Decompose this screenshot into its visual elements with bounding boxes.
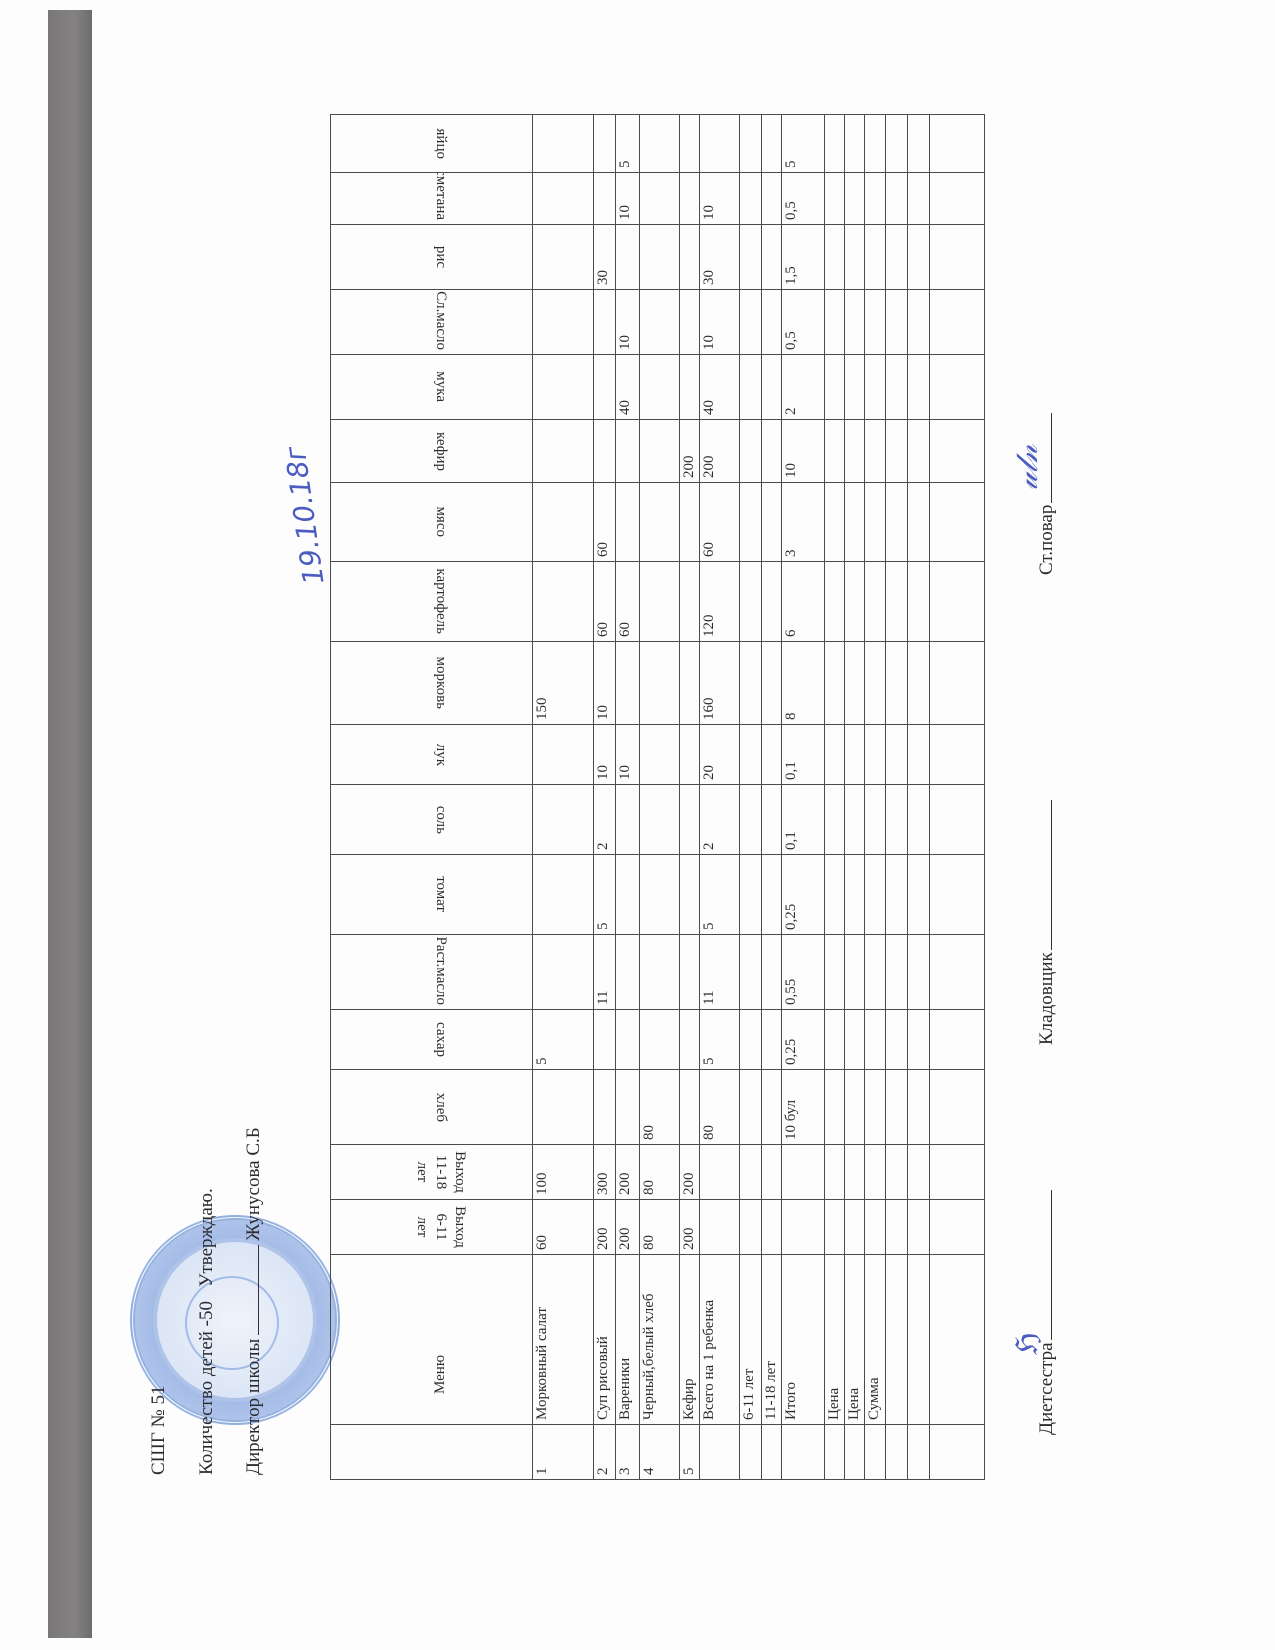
cell-value: [680, 483, 700, 562]
cell-value: [865, 785, 886, 855]
cell-value: 6: [782, 562, 825, 642]
cell-value: 200: [680, 420, 700, 483]
header-label: сметана: [431, 173, 450, 221]
cell-value: [762, 855, 782, 935]
cell-value: [680, 785, 700, 855]
cell-value: [533, 115, 594, 173]
director-label: Директор школы: [243, 1339, 264, 1475]
cell-value: [845, 562, 865, 642]
cell-value: [616, 855, 640, 935]
header-column: Раст.масло: [331, 935, 533, 1010]
cell-value: 80: [640, 1145, 680, 1200]
table-row: Цена: [825, 115, 845, 1480]
cell-value: [740, 855, 762, 935]
cell-value: 40: [700, 355, 740, 420]
cell-value: [782, 1145, 825, 1200]
cell-value: [740, 725, 762, 785]
table-row: [886, 115, 908, 1480]
cell-value: [762, 935, 782, 1010]
cell-value: [908, 115, 930, 173]
cell-value: 5: [594, 855, 616, 935]
cell-value: [762, 1010, 782, 1070]
dish-name: Всего на 1 ребенка: [700, 1255, 740, 1425]
cell-value: [740, 225, 762, 290]
cell-value: [930, 785, 985, 855]
row-number: [825, 1425, 845, 1480]
row-number: 4: [640, 1425, 680, 1480]
cell-value: [740, 1145, 762, 1200]
cell-value: [740, 935, 762, 1010]
cell-value: 0,1: [782, 785, 825, 855]
cell-value: [762, 483, 782, 562]
cell-value: [680, 115, 700, 173]
cell-value: 60: [700, 483, 740, 562]
cell-value: [700, 1145, 740, 1200]
cell-value: 10 бул: [782, 1070, 825, 1145]
cell-value: [865, 1070, 886, 1145]
row-number: 5: [680, 1425, 700, 1480]
row-number: [908, 1425, 930, 1480]
dish-name: [886, 1255, 908, 1425]
header-label: Меню: [432, 1355, 448, 1394]
table-row: Всего на 1 ребенка8051152201601206020040…: [700, 115, 740, 1480]
cell-value: 40: [616, 355, 640, 420]
cell-value: [865, 562, 886, 642]
cell-value: [533, 725, 594, 785]
cell-value: [845, 420, 865, 483]
header-column: морковь: [331, 642, 533, 725]
cell-value: [886, 173, 908, 225]
table-row: Цена: [845, 115, 865, 1480]
header-column: сметана: [331, 173, 533, 225]
header-label: картофель: [431, 569, 450, 635]
cell-value: [533, 355, 594, 420]
cell-value: [616, 483, 640, 562]
head-cook-signature: Ст.повар: [1035, 413, 1058, 575]
cell-value: [762, 173, 782, 225]
cell-value: [845, 1010, 865, 1070]
cell-value: [762, 290, 782, 355]
cell-value: 2: [782, 355, 825, 420]
cell-value: [740, 1070, 762, 1145]
cell-value: [930, 173, 985, 225]
cell-value: 0,55: [782, 935, 825, 1010]
cell-value: 20: [700, 725, 740, 785]
cell-value: [594, 420, 616, 483]
cell-value: [680, 562, 700, 642]
cell-value: 300: [594, 1145, 616, 1200]
cell-value: [825, 290, 845, 355]
header-number: [331, 1425, 533, 1480]
cell-value: [762, 1200, 782, 1255]
cell-value: [782, 1200, 825, 1255]
cell-value: [740, 1200, 762, 1255]
cell-value: [640, 173, 680, 225]
cell-value: 200: [680, 1145, 700, 1200]
table-row: [930, 115, 985, 1480]
dietitian-label: Диетсестра: [1036, 1342, 1057, 1435]
cell-value: 80: [640, 1200, 680, 1255]
cell-value: [594, 355, 616, 420]
header-label: рис: [431, 246, 450, 268]
cell-value: 200: [616, 1200, 640, 1255]
header-column: яйцо: [331, 115, 533, 173]
dish-name: Морковный салат: [533, 1255, 594, 1425]
cell-value: 10: [616, 290, 640, 355]
cell-value: [886, 290, 908, 355]
header-label: хлеб: [431, 1092, 450, 1121]
cell-value: [640, 642, 680, 725]
cell-value: 10: [782, 420, 825, 483]
cell-value: [825, 1070, 845, 1145]
cell-value: [616, 1010, 640, 1070]
header-label: яйцо: [431, 128, 450, 158]
cell-value: [908, 1145, 930, 1200]
cell-value: [825, 855, 845, 935]
cell-value: [680, 1010, 700, 1070]
storekeeper-signature-line: [1035, 800, 1052, 950]
cell-value: [825, 785, 845, 855]
header-column: мясо: [331, 483, 533, 562]
cell-value: [886, 725, 908, 785]
row-number: [700, 1425, 740, 1480]
cell-value: [680, 725, 700, 785]
cell-value: [616, 1070, 640, 1145]
cell-value: [640, 785, 680, 855]
cell-value: [930, 290, 985, 355]
cell-value: [908, 173, 930, 225]
cell-value: [865, 225, 886, 290]
cell-value: [740, 420, 762, 483]
cell-value: [886, 1145, 908, 1200]
cell-value: [908, 725, 930, 785]
table-row: 3Вареники20020010604010105: [616, 115, 640, 1480]
cell-value: [865, 1145, 886, 1200]
cell-value: 5: [700, 855, 740, 935]
table-row: 2Суп рисовый20030011521010606030: [594, 115, 616, 1480]
cell-value: [680, 290, 700, 355]
cell-value: 10: [700, 173, 740, 225]
cell-value: [762, 1070, 782, 1145]
cell-value: [886, 225, 908, 290]
cell-value: [886, 115, 908, 173]
cell-value: 0,25: [782, 1010, 825, 1070]
table-row: Сумма: [865, 115, 886, 1480]
header-row: МенюВыход 6-11 летВыход 11-18 летхлебсах…: [331, 115, 533, 1480]
dietitian-handwritten-signature: ℌ: [1010, 1332, 1045, 1355]
cell-value: 200: [594, 1200, 616, 1255]
cell-value: [533, 290, 594, 355]
cell-value: [886, 1070, 908, 1145]
header-label: кефир: [431, 432, 450, 471]
cell-value: [616, 785, 640, 855]
cell-value: [640, 562, 680, 642]
cell-value: 5: [700, 1010, 740, 1070]
cell-value: [930, 855, 985, 935]
cell-value: [930, 935, 985, 1010]
row-number: 2: [594, 1425, 616, 1480]
header-label: томат: [431, 877, 450, 913]
cell-value: [930, 1145, 985, 1200]
cell-value: 200: [700, 420, 740, 483]
head-cook-label: Ст.повар: [1036, 505, 1057, 575]
cell-value: [594, 290, 616, 355]
cell-value: 0,25: [782, 855, 825, 935]
cell-value: 5: [533, 1010, 594, 1070]
header-column: кефир: [331, 420, 533, 483]
cell-value: 200: [680, 1200, 700, 1255]
cell-value: [845, 1200, 865, 1255]
cell-value: 5: [616, 115, 640, 173]
cell-value: 0,1: [782, 725, 825, 785]
cell-value: [908, 420, 930, 483]
dish-name: [908, 1255, 930, 1425]
cell-value: [762, 355, 782, 420]
scan-edge-strip: [48, 10, 92, 1638]
cell-value: [845, 355, 865, 420]
cell-value: [908, 642, 930, 725]
dish-name: Кефир: [680, 1255, 700, 1425]
table-row: 4Черный,белый хлеб808080: [640, 115, 680, 1480]
cell-value: [740, 115, 762, 173]
cell-value: [825, 1010, 845, 1070]
cell-value: [908, 1200, 930, 1255]
header-column: хлеб: [331, 1070, 533, 1145]
cell-value: [865, 1200, 886, 1255]
cell-value: [680, 855, 700, 935]
row-number: [845, 1425, 865, 1480]
cell-value: [908, 1010, 930, 1070]
cell-value: [886, 935, 908, 1010]
cell-value: [680, 355, 700, 420]
header-column: Сл.масло: [331, 290, 533, 355]
cell-value: [700, 115, 740, 173]
cell-value: [908, 1070, 930, 1145]
cell-value: [616, 642, 640, 725]
cell-value: [845, 1070, 865, 1145]
row-number: [762, 1425, 782, 1480]
table-row: [908, 115, 930, 1480]
cell-value: [533, 483, 594, 562]
cell-value: 2: [700, 785, 740, 855]
cell-value: [908, 855, 930, 935]
cell-value: 0,5: [782, 173, 825, 225]
cell-value: [680, 1070, 700, 1145]
cell-value: [640, 355, 680, 420]
cell-value: [930, 355, 985, 420]
cell-value: [533, 420, 594, 483]
cell-value: [616, 225, 640, 290]
cell-value: [640, 483, 680, 562]
cell-value: [640, 855, 680, 935]
dish-name: [930, 1255, 985, 1425]
cell-value: 11: [700, 935, 740, 1010]
table-row: 6-11 лет: [740, 115, 762, 1480]
cell-value: 120: [700, 562, 740, 642]
cell-value: [640, 225, 680, 290]
cell-value: [930, 483, 985, 562]
dish-name: Цена: [845, 1255, 865, 1425]
cell-value: [533, 935, 594, 1010]
cell-value: [640, 115, 680, 173]
director-name: Жунусова С.Б: [243, 1127, 264, 1240]
cell-value: 10: [616, 725, 640, 785]
cell-value: [908, 562, 930, 642]
cell-value: 100: [533, 1145, 594, 1200]
cell-value: [886, 562, 908, 642]
cell-value: 10: [594, 642, 616, 725]
cell-value: [865, 1010, 886, 1070]
dish-name: Сумма: [865, 1255, 886, 1425]
cell-value: [740, 642, 762, 725]
cell-value: [845, 855, 865, 935]
dish-name: Черный,белый хлеб: [640, 1255, 680, 1425]
cell-value: 150: [533, 642, 594, 725]
row-number: 3: [616, 1425, 640, 1480]
dietitian-signature: Диетсестра: [1035, 1190, 1058, 1435]
dish-name: Итого: [782, 1255, 825, 1425]
cell-value: [908, 225, 930, 290]
cell-value: [533, 785, 594, 855]
dish-name: Суп рисовый: [594, 1255, 616, 1425]
header-label: Выход 6-11 лет: [412, 1204, 469, 1250]
cell-value: 2: [594, 785, 616, 855]
cell-value: [886, 1010, 908, 1070]
cell-value: 30: [594, 225, 616, 290]
cell-value: [825, 420, 845, 483]
cell-value: 60: [616, 562, 640, 642]
cell-value: [680, 642, 700, 725]
cell-value: [845, 1145, 865, 1200]
school-name: СШГ № 51: [148, 1386, 170, 1475]
header-column: Выход 6-11 лет: [331, 1200, 533, 1255]
cell-value: 8: [782, 642, 825, 725]
cell-value: [740, 1010, 762, 1070]
header-column: Выход 11-18 лет: [331, 1145, 533, 1200]
menu-document-page: СШГ № 51 Количество детей -50Утверждаю. …: [130, 60, 1130, 1520]
cell-value: 80: [640, 1070, 680, 1145]
table-row: 1Морковный салат601005150: [533, 115, 594, 1480]
cell-value: [825, 483, 845, 562]
header-column: мука: [331, 355, 533, 420]
cell-value: [700, 1200, 740, 1255]
cell-value: [845, 785, 865, 855]
dish-name: 6-11 лет: [740, 1255, 762, 1425]
cell-value: [908, 935, 930, 1010]
cell-value: [930, 1200, 985, 1255]
cell-value: [930, 1070, 985, 1145]
cell-value: [825, 115, 845, 173]
header-column: рис: [331, 225, 533, 290]
header-label: Сл.масло: [431, 291, 450, 350]
header-column: сахар: [331, 1010, 533, 1070]
cell-value: [740, 785, 762, 855]
row-number: [886, 1425, 908, 1480]
cell-value: [865, 290, 886, 355]
director-line: Директор школыЖунусова С.Б: [242, 1127, 265, 1475]
row-number: [740, 1425, 762, 1480]
approval-line: Количество детей -50Утверждаю.: [196, 1188, 218, 1475]
cell-value: 80: [700, 1070, 740, 1145]
cell-value: [825, 1145, 845, 1200]
cell-value: [762, 642, 782, 725]
cell-value: [845, 483, 865, 562]
cell-value: 0,5: [782, 290, 825, 355]
cell-value: [825, 562, 845, 642]
cell-value: [825, 1200, 845, 1255]
cell-value: 10: [616, 173, 640, 225]
header-label: лук: [431, 743, 450, 765]
cell-value: [825, 355, 845, 420]
cell-value: [740, 483, 762, 562]
cell-value: [865, 420, 886, 483]
cell-value: [762, 725, 782, 785]
header-label: соль: [431, 805, 450, 833]
cell-value: [930, 115, 985, 173]
cell-value: [616, 935, 640, 1010]
header-column: томат: [331, 855, 533, 935]
dish-name: 11-18 лет: [762, 1255, 782, 1425]
dish-name: Вареники: [616, 1255, 640, 1425]
cell-value: [740, 355, 762, 420]
storekeeper-label: Кладовщик: [1036, 952, 1057, 1045]
cell-value: 60: [594, 562, 616, 642]
header-label: сахар: [431, 1022, 450, 1057]
cell-value: 30: [700, 225, 740, 290]
cell-value: [886, 642, 908, 725]
cell-value: [865, 173, 886, 225]
cell-value: [908, 785, 930, 855]
cell-value: [845, 725, 865, 785]
header-label: Раст.масло: [431, 936, 450, 1005]
dish-name: Цена: [825, 1255, 845, 1425]
cell-value: [825, 173, 845, 225]
cell-value: [740, 290, 762, 355]
header-label: мясо: [431, 507, 450, 538]
cell-value: 10: [700, 290, 740, 355]
cell-value: 3: [782, 483, 825, 562]
cell-value: [908, 290, 930, 355]
head-cook-handwritten-signature: 𝓊𝓁𝓃: [1010, 445, 1045, 490]
approve-label: Утверждаю.: [196, 1188, 217, 1287]
cell-value: [533, 173, 594, 225]
cell-value: [680, 173, 700, 225]
row-number: [865, 1425, 886, 1480]
cell-value: [762, 785, 782, 855]
cell-value: [616, 420, 640, 483]
cell-value: [594, 115, 616, 173]
cell-value: [865, 483, 886, 562]
cell-value: [930, 725, 985, 785]
cell-value: [594, 1010, 616, 1070]
handwritten-date: 19.10.18г: [278, 444, 330, 587]
cell-value: [845, 935, 865, 1010]
cell-value: 10: [594, 725, 616, 785]
row-number: [782, 1425, 825, 1480]
cell-value: [930, 1010, 985, 1070]
cell-value: [845, 290, 865, 355]
header-column: лук: [331, 725, 533, 785]
director-signature-line: [242, 1245, 259, 1335]
row-number: [930, 1425, 985, 1480]
cell-value: [680, 935, 700, 1010]
cell-value: 60: [533, 1200, 594, 1255]
cell-value: [865, 355, 886, 420]
header-label: морковь: [431, 657, 450, 709]
cell-value: 60: [594, 483, 616, 562]
header-menu: Меню: [331, 1255, 533, 1425]
cell-value: [930, 562, 985, 642]
